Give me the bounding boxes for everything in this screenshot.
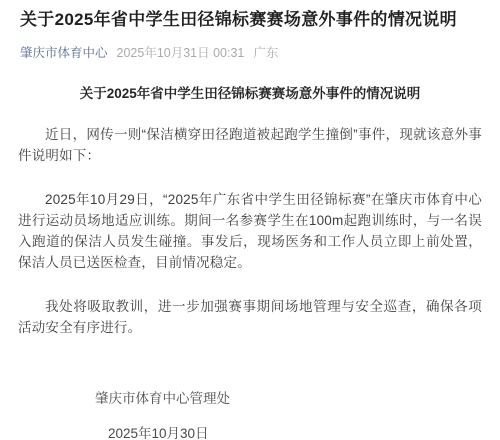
statement-paragraph-intro: 近日，网传一则“保洁横穿田径跑道被起跑学生撞倒”事件，现就该意外事件说明如下： xyxy=(18,124,482,166)
article-page: 关于2025年省中学生田径锦标赛赛场意外事件的情况说明 肇庆市体育中心 2025… xyxy=(0,8,500,440)
signature-date: 2025年10月30日 xyxy=(0,424,500,440)
page-title: 关于2025年省中学生田径锦标赛赛场意外事件的情况说明 xyxy=(20,8,480,32)
publish-timestamp: 2025年10月31日 00:31 xyxy=(117,45,245,62)
publish-region: 广东 xyxy=(253,45,278,62)
statement-heading: 关于2025年省中学生田径锦标赛赛场意外事件的情况说明 xyxy=(18,84,482,103)
signature-org: 肇庆市体育中心管理处 xyxy=(0,389,500,408)
account-name-link[interactable]: 肇庆市体育中心 xyxy=(20,45,108,62)
byline: 肇庆市体育中心 2025年10月31日 00:31 广东 xyxy=(20,45,480,62)
statement-paragraph-incident: 2025年10月29日，“2025年广东省中学生田径锦标赛”在肇庆市体育中心进行… xyxy=(18,189,482,273)
statement-paragraph-measures: 我处将吸取教训，进一步加强赛事期间场地管理与安全巡查，确保各项活动安全有序进行。 xyxy=(18,296,482,338)
